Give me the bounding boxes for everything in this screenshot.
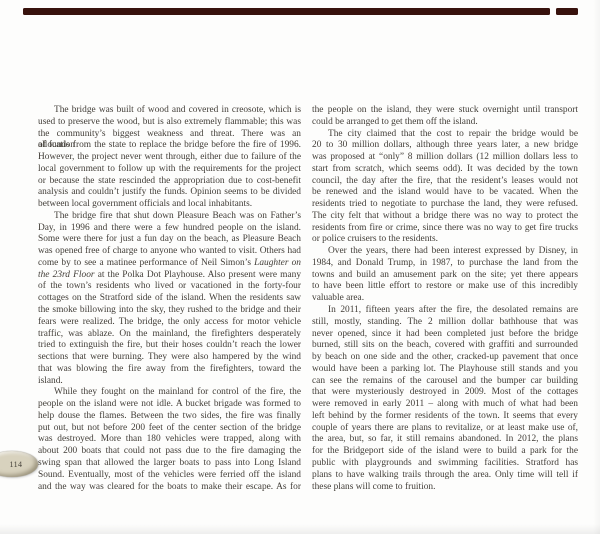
- text-line: sections that were burning. They were al…: [38, 352, 301, 364]
- text-line: or because the state rescinded the appro…: [38, 176, 301, 188]
- text-line: traffic, was ablaze. On the mainland, th…: [38, 329, 301, 341]
- page-number: 114: [10, 460, 23, 469]
- text-line: 1984, and Donald Trump, in 1987, to purc…: [312, 258, 578, 270]
- text-line: never opened, since it had been complete…: [312, 329, 578, 341]
- text-line: were removed in early 2011 – along with …: [312, 399, 578, 411]
- text-line: The city felt that without a bridge ther…: [312, 211, 578, 223]
- text-line: burned, still sits on the beach, covered…: [312, 340, 578, 352]
- text-line: tried to extinguish the fire, but their …: [38, 340, 301, 352]
- text-line: Over the years, there had been interest …: [312, 246, 578, 258]
- text-line: by beach on one side and the other, crac…: [312, 352, 578, 364]
- book-edge-strip-fragment: [556, 8, 578, 15]
- text-line: island.: [38, 376, 301, 388]
- text-line: residents from fire or crime, since ther…: [312, 223, 578, 235]
- text-columns: The bridge was built of wood and covered…: [38, 105, 578, 493]
- text-line: the people on the island, they were stuc…: [312, 105, 578, 117]
- text-line: was proposed at “only” 8 million dollars…: [312, 152, 578, 164]
- text-line: the smoke billowing into the sky, they r…: [38, 305, 301, 317]
- book-edge-strip: [23, 8, 550, 15]
- text-line: The city claimed that the cost to repair…: [312, 129, 578, 141]
- text-line: the area, but, so far, it still remains …: [312, 434, 578, 446]
- text-line: could be arranged to get them off the is…: [312, 117, 578, 129]
- text-line: the 23rd Floor at the Polka Dot Playhous…: [38, 270, 301, 282]
- text-line: The bridge fire that shut down Pleasure …: [38, 211, 301, 223]
- text-line: However, the project never went through,…: [38, 152, 301, 164]
- scan-right-shadow: [593, 0, 600, 534]
- text-line: analysis and couldn’t justify the funds.…: [38, 187, 301, 199]
- text-line: public with playgrounds and swimming fac…: [312, 458, 578, 470]
- book-page-scan: 114 The bridge was built of wood and cov…: [0, 0, 600, 534]
- text-line: the community’s biggest weakness and thr…: [38, 129, 301, 141]
- text-line: valuable area.: [312, 293, 578, 305]
- text-line: that were mysteriously destroyed in 2009…: [312, 387, 578, 399]
- text-line: was destroyed. More than 180 vehicles we…: [38, 434, 301, 446]
- text-line: or police cruisers to the residents.: [312, 234, 578, 246]
- text-line: In 2011, fifteen years after the fire, t…: [312, 305, 578, 317]
- text-line: can see the remains of the carousel and …: [312, 376, 578, 388]
- text-line: The bridge was built of wood and covered…: [38, 105, 301, 117]
- text-line: help douse the flames. Between the two s…: [38, 411, 301, 423]
- text-line: While they fought on the mainland for co…: [38, 387, 301, 399]
- text-line: people on the island were not idle. A bu…: [38, 399, 301, 411]
- text-line: plans to have walking trails through the…: [312, 470, 578, 482]
- text-line: swing span that allowed the larger boats…: [38, 458, 301, 470]
- text-line: still, mostly, standing. The 2 million d…: [312, 317, 578, 329]
- text-line: used to preserve the wood, but is also e…: [38, 117, 301, 129]
- text-line: be renewed and the island would have to …: [312, 187, 578, 199]
- page-number-badge: 114: [0, 451, 38, 477]
- text-line: that was blowing the fire away from the …: [38, 364, 301, 376]
- text-line: these plans will come to fruition.: [312, 482, 578, 494]
- text-line: couple of years there are plans to revit…: [312, 423, 578, 435]
- text-line: residents tried to negotiate to purchase…: [312, 199, 578, 211]
- text-line: start from scratch, which seems odd). It…: [312, 164, 578, 176]
- scan-bottom-shadow: [0, 524, 600, 534]
- text-line: about 200 boats that could not pass due …: [38, 446, 301, 458]
- text-line: Some were there for just a fun day on th…: [38, 234, 301, 246]
- text-line: to have been little effort to restore or…: [312, 281, 578, 293]
- text-line: between local government officials and l…: [38, 199, 301, 211]
- text-line: cottages on the Stratford side of the is…: [38, 293, 301, 305]
- text-line: Sound. Eventually, most of the vehicles …: [38, 470, 301, 482]
- text-line: come by to see a matinee performance of …: [38, 258, 301, 270]
- text-line: put out, but not before 200 feet of the …: [38, 423, 301, 435]
- text-line: and the way was cleared for the boats to…: [38, 482, 301, 494]
- text-line: was opened free of charge to anyone who …: [38, 246, 301, 258]
- text-line: towns and build an amusement park on the…: [312, 270, 578, 282]
- column-left: The bridge was built of wood and covered…: [38, 105, 301, 493]
- text-line: left behind by the former residents of t…: [312, 411, 578, 423]
- text-line: local government to follow up with the r…: [38, 164, 301, 176]
- text-line: would have been a parking lot. The Playh…: [312, 364, 578, 376]
- text-line: Day, in 1996 and there were a few hundre…: [38, 223, 301, 235]
- text-line: of the town’s residents who lived or vac…: [38, 281, 301, 293]
- text-line: for the Bridgeport side of the island we…: [312, 446, 578, 458]
- text-line: 20 to 30 million dollars, although three…: [312, 140, 578, 152]
- text-line: of funds from the state to replace the b…: [38, 140, 301, 152]
- text-line: council, the day after the fire, that th…: [312, 176, 578, 188]
- text-line: fears were realized. The bridge, the onl…: [38, 317, 301, 329]
- column-right: the people on the island, they were stuc…: [312, 105, 578, 493]
